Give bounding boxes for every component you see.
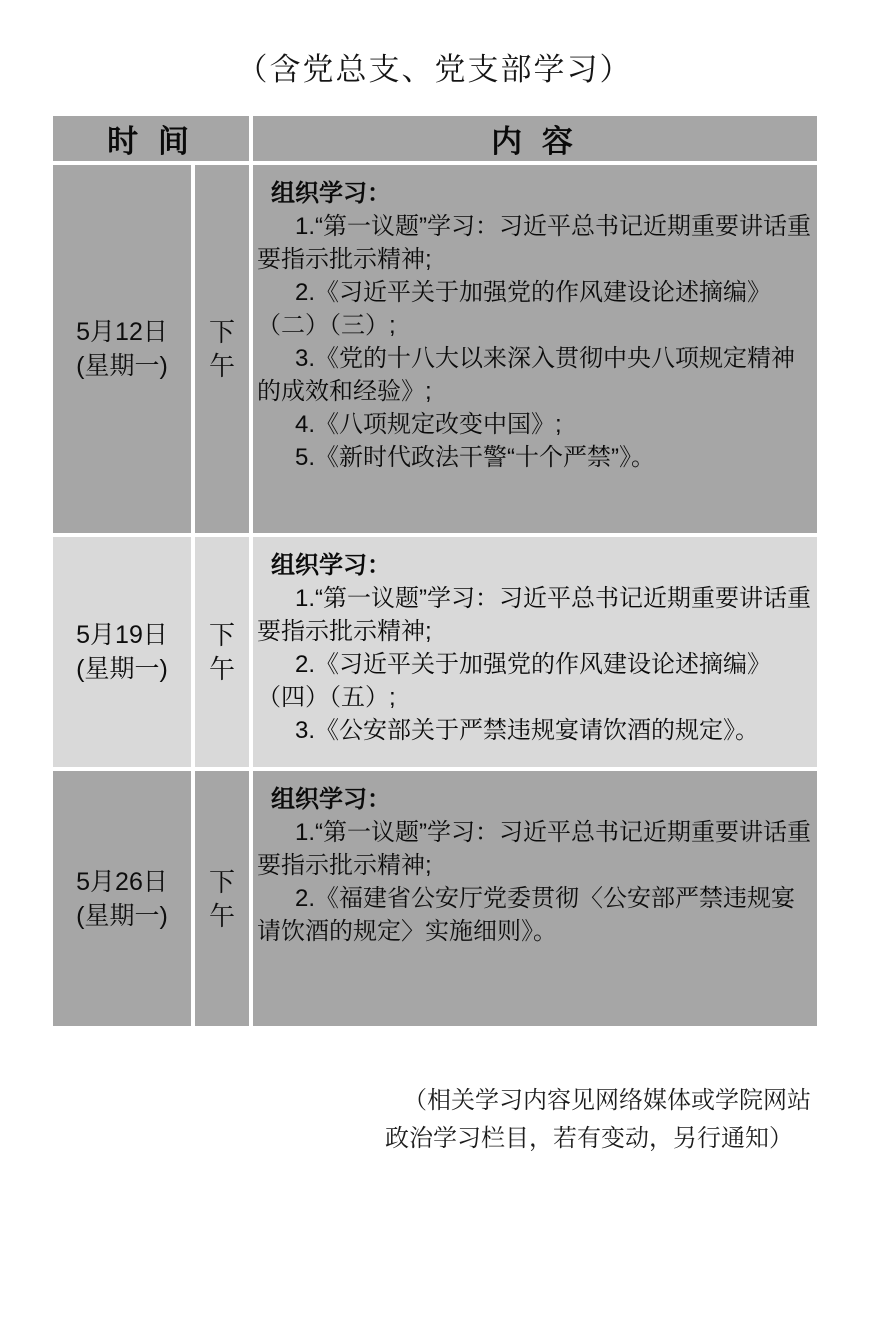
table-row-3-content-cell: 组织学习： 1.“第一议题”学习：习近平总书记近期重要讲话重要指示批示精神; 2… — [253, 771, 817, 1026]
table-row-2-period-cell: 下午 — [195, 537, 249, 767]
content-item: 2.《习近平关于加强党的作风建设论述摘编》（二）（三）; — [257, 276, 812, 342]
table-row-2-date-cell: 5月19日 (星期一) — [53, 537, 191, 767]
content-item: 2.《习近平关于加强党的作风建设论述摘编》（四）（五）; — [257, 648, 812, 714]
content-item: 1.“第一议题”学习：习近平总书记近期重要讲话重要指示批示精神; — [257, 210, 812, 276]
content-item: 5.《新时代政法干警“十个严禁”》。 — [257, 441, 812, 474]
table-row-1-content-cell: 组织学习： 1.“第一议题”学习：习近平总书记近期重要讲话重要指示批示精神; 2… — [253, 165, 817, 533]
date-text: 5月19日 — [76, 618, 168, 652]
column-header-time: 时 间 — [53, 116, 249, 161]
content-item: 4.《八项规定改变中国》; — [257, 408, 812, 441]
footnote: （相关学习内容见网络媒体或学院网站 政治学习栏目，若有变动，另行通知） — [385, 1082, 825, 1158]
content-item: 1.“第一议题”学习：习近平总书记近期重要讲话重要指示批示精神; — [257, 582, 812, 648]
content-item: 1.“第一议题”学习：习近平总书记近期重要讲话重要指示批示精神; — [257, 816, 812, 882]
footnote-line: （相关学习内容见网络媒体或学院网站 — [385, 1082, 825, 1120]
content-heading: 组织学习： — [257, 177, 812, 210]
weekday-text: (星期一) — [76, 899, 168, 933]
content-item: 2.《福建省公安厅党委贯彻〈公安部严禁违规宴请饮酒的规定〉实施细则》。 — [257, 882, 812, 948]
study-schedule-table: 时 间 内 容 5月12日 (星期一) 下午 组织学习： 1.“第一议题”学习：… — [53, 116, 817, 1026]
weekday-text: (星期一) — [76, 349, 168, 383]
content-item: 3.《党的十八大以来深入贯彻中央八项规定精神的成效和经验》; — [257, 342, 812, 408]
column-header-content: 内 容 — [253, 116, 817, 161]
table-row-2-content-cell: 组织学习： 1.“第一议题”学习：习近平总书记近期重要讲话重要指示批示精神; 2… — [253, 537, 817, 767]
content-heading: 组织学习： — [257, 783, 812, 816]
document-title: （含党总支、党支部学习） — [0, 44, 869, 89]
period-text: 下午 — [207, 865, 237, 933]
date-text: 5月26日 — [76, 865, 168, 899]
table-row-3-date-cell: 5月26日 (星期一) — [53, 771, 191, 1026]
content-heading: 组织学习： — [257, 549, 812, 582]
table-row-1-period-cell: 下午 — [195, 165, 249, 533]
table-row-1-date-cell: 5月12日 (星期一) — [53, 165, 191, 533]
footnote-line: 政治学习栏目，若有变动，另行通知） — [385, 1120, 825, 1158]
period-text: 下午 — [207, 315, 237, 383]
date-text: 5月12日 — [76, 315, 168, 349]
weekday-text: (星期一) — [76, 652, 168, 686]
period-text: 下午 — [207, 618, 237, 686]
content-item: 3.《公安部关于严禁违规宴请饮酒的规定》。 — [257, 714, 812, 747]
table-row-3-period-cell: 下午 — [195, 771, 249, 1026]
